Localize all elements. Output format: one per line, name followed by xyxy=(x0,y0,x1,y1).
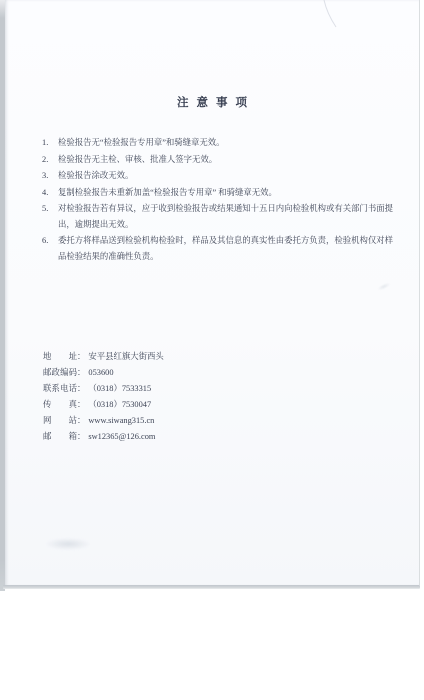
list-item: 1. 检验报告无“检验报告专用章”和骑缝章无效。 xyxy=(42,135,398,151)
contact-label: 邮政编码 xyxy=(43,365,77,381)
page-title: 注意事项 xyxy=(5,94,419,110)
contact-row-website: 网站：www.siwang315.cn xyxy=(43,413,164,429)
contact-value: www.siwang315.cn xyxy=(88,413,154,429)
contact-value: （0318）7533315 xyxy=(88,381,151,397)
contact-colon: ： xyxy=(77,349,85,365)
list-item-text: 复制检验报告未重新加盖“检验报告专用章” 和骑缝章无效。 xyxy=(58,185,396,201)
scan-right-edge xyxy=(419,0,420,585)
list-item-number: 1. xyxy=(42,135,58,151)
contact-label: 邮箱 xyxy=(43,429,77,445)
contact-label: 传真 xyxy=(43,397,77,413)
scan-hair-artifact xyxy=(319,0,339,30)
contact-colon: ： xyxy=(77,381,85,397)
contact-row-address: 地址：安平县红旗大街西头 xyxy=(43,349,164,365)
list-item-number: 2. xyxy=(42,152,58,168)
notes-list: 1. 检验报告无“检验报告专用章”和骑缝章无效。 2. 检验报告无主检、审核、批… xyxy=(42,135,398,265)
scanned-document-view: 注意事项 1. 检验报告无“检验报告专用章”和骑缝章无效。 2. 检验报告无主检… xyxy=(0,0,424,700)
contact-colon: ： xyxy=(77,397,85,413)
list-item: 3. 检验报告涂改无效。 xyxy=(42,168,398,184)
list-item: 4. 复制检验报告未重新加盖“检验报告专用章” 和骑缝章无效。 xyxy=(42,185,398,201)
list-item: 6. 委托方将样品送到检验机构检验时，样品及其信息的真实性由委托方负责，检验机构… xyxy=(42,233,398,264)
scan-bottom-shadow xyxy=(3,585,420,589)
contact-value: 安平县红旗大街西头 xyxy=(88,349,163,365)
list-item-number: 6. xyxy=(42,233,58,264)
contact-value: sw12365@126.com xyxy=(88,429,155,445)
contact-block: 地址：安平县红旗大街西头 邮政编码：053600 联系电话：（0318）7533… xyxy=(43,349,164,445)
list-item: 5. 对检验报告若有异议，应于收到检验报告或结果通知十五日内向检验机构或有关部门… xyxy=(42,201,398,232)
contact-colon: ： xyxy=(77,429,85,445)
contact-row-phone: 联系电话：（0318）7533315 xyxy=(43,381,164,397)
contact-value: （0318）7530047 xyxy=(88,397,151,413)
contact-label: 联系电话 xyxy=(43,381,77,397)
list-item-number: 4. xyxy=(42,185,58,201)
list-item-text: 检验报告无主检、审核、批准人签字无效。 xyxy=(58,152,396,168)
contact-row-postcode: 邮政编码：053600 xyxy=(43,365,164,381)
list-item-text: 对检验报告若有异议，应于收到检验报告或结果通知十五日内向检验机构或有关部门书面提… xyxy=(58,201,396,232)
list-item: 2. 检验报告无主检、审核、批准人签字无效。 xyxy=(42,152,398,168)
contact-value: 053600 xyxy=(88,365,113,381)
contact-colon: ： xyxy=(77,413,85,429)
scan-smudge-artifact xyxy=(45,538,91,550)
contact-row-fax: 传真：（0318）7530047 xyxy=(43,397,164,413)
contact-label: 网站 xyxy=(43,413,77,429)
list-item-text: 检验报告无“检验报告专用章”和骑缝章无效。 xyxy=(58,135,396,151)
contact-colon: ： xyxy=(77,365,85,381)
document-page: 注意事项 1. 检验报告无“检验报告专用章”和骑缝章无效。 2. 检验报告无主检… xyxy=(5,0,419,586)
contact-row-email: 邮箱：sw12365@126.com xyxy=(43,429,164,445)
contact-label: 地址 xyxy=(43,349,77,365)
list-item-text: 委托方将样品送到检验机构检验时，样品及其信息的真实性由委托方负责，检验机构仅对样… xyxy=(58,233,396,264)
list-item-number: 5. xyxy=(42,201,58,232)
list-item-text: 检验报告涂改无效。 xyxy=(58,168,396,184)
scan-speck-artifact xyxy=(377,281,392,291)
list-item-number: 3. xyxy=(42,168,58,184)
